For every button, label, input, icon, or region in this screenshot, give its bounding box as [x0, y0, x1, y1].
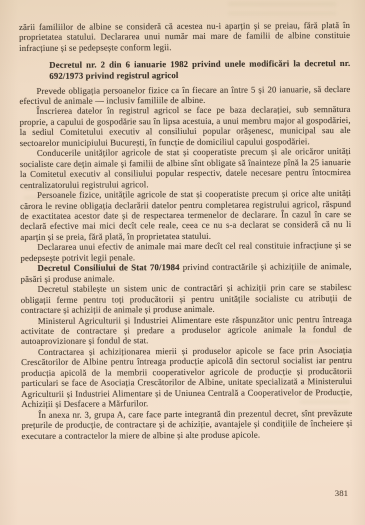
page-text: zării familiilor de albine se consideră … — [19, 20, 353, 441]
show-through-mark — [228, 2, 336, 15]
decree-1984-paragraph: Contractarea și achiziționarea mierii și… — [21, 345, 352, 410]
intro-paragraph: zării familiilor de albine se consideră … — [19, 20, 350, 53]
decree-1982-paragraph: Persoanele fizice, unitățile agricole de… — [20, 188, 351, 242]
decree-1984-lead-paragraph: Decretul Consiliului de Stat 70/1984 pri… — [20, 261, 351, 284]
page-number: 381 — [335, 488, 348, 498]
decree-1984-paragraph: Decretul stabilește un sistem unic de co… — [21, 282, 352, 315]
decree-1984-paragraph: Ministerul Agriculturii și Industriei Al… — [21, 313, 352, 346]
decree-1984-paragraph: În anexa nr. 3, grupa A, care face parte… — [21, 408, 352, 441]
decree-1982-paragraph: Conducerile unităților agricole de stat … — [20, 146, 351, 190]
decree-1982-heading: Decretul nr. 2 din 6 ianuarie 1982 privi… — [49, 58, 350, 81]
decree-1982-paragraph: Declararea unui efectiv de animale mai m… — [20, 240, 351, 263]
book-page: zării familiilor de albine se consideră … — [0, 0, 365, 525]
decree-1982-paragraph: Prevede obligația persoanelor fizice ca … — [19, 84, 350, 107]
decree-1984-title: Decretul Consiliului de Stat 70/1984 — [37, 262, 179, 273]
decree-1982-paragraph: Înscrierea datelor în registrul agricol … — [20, 104, 351, 148]
